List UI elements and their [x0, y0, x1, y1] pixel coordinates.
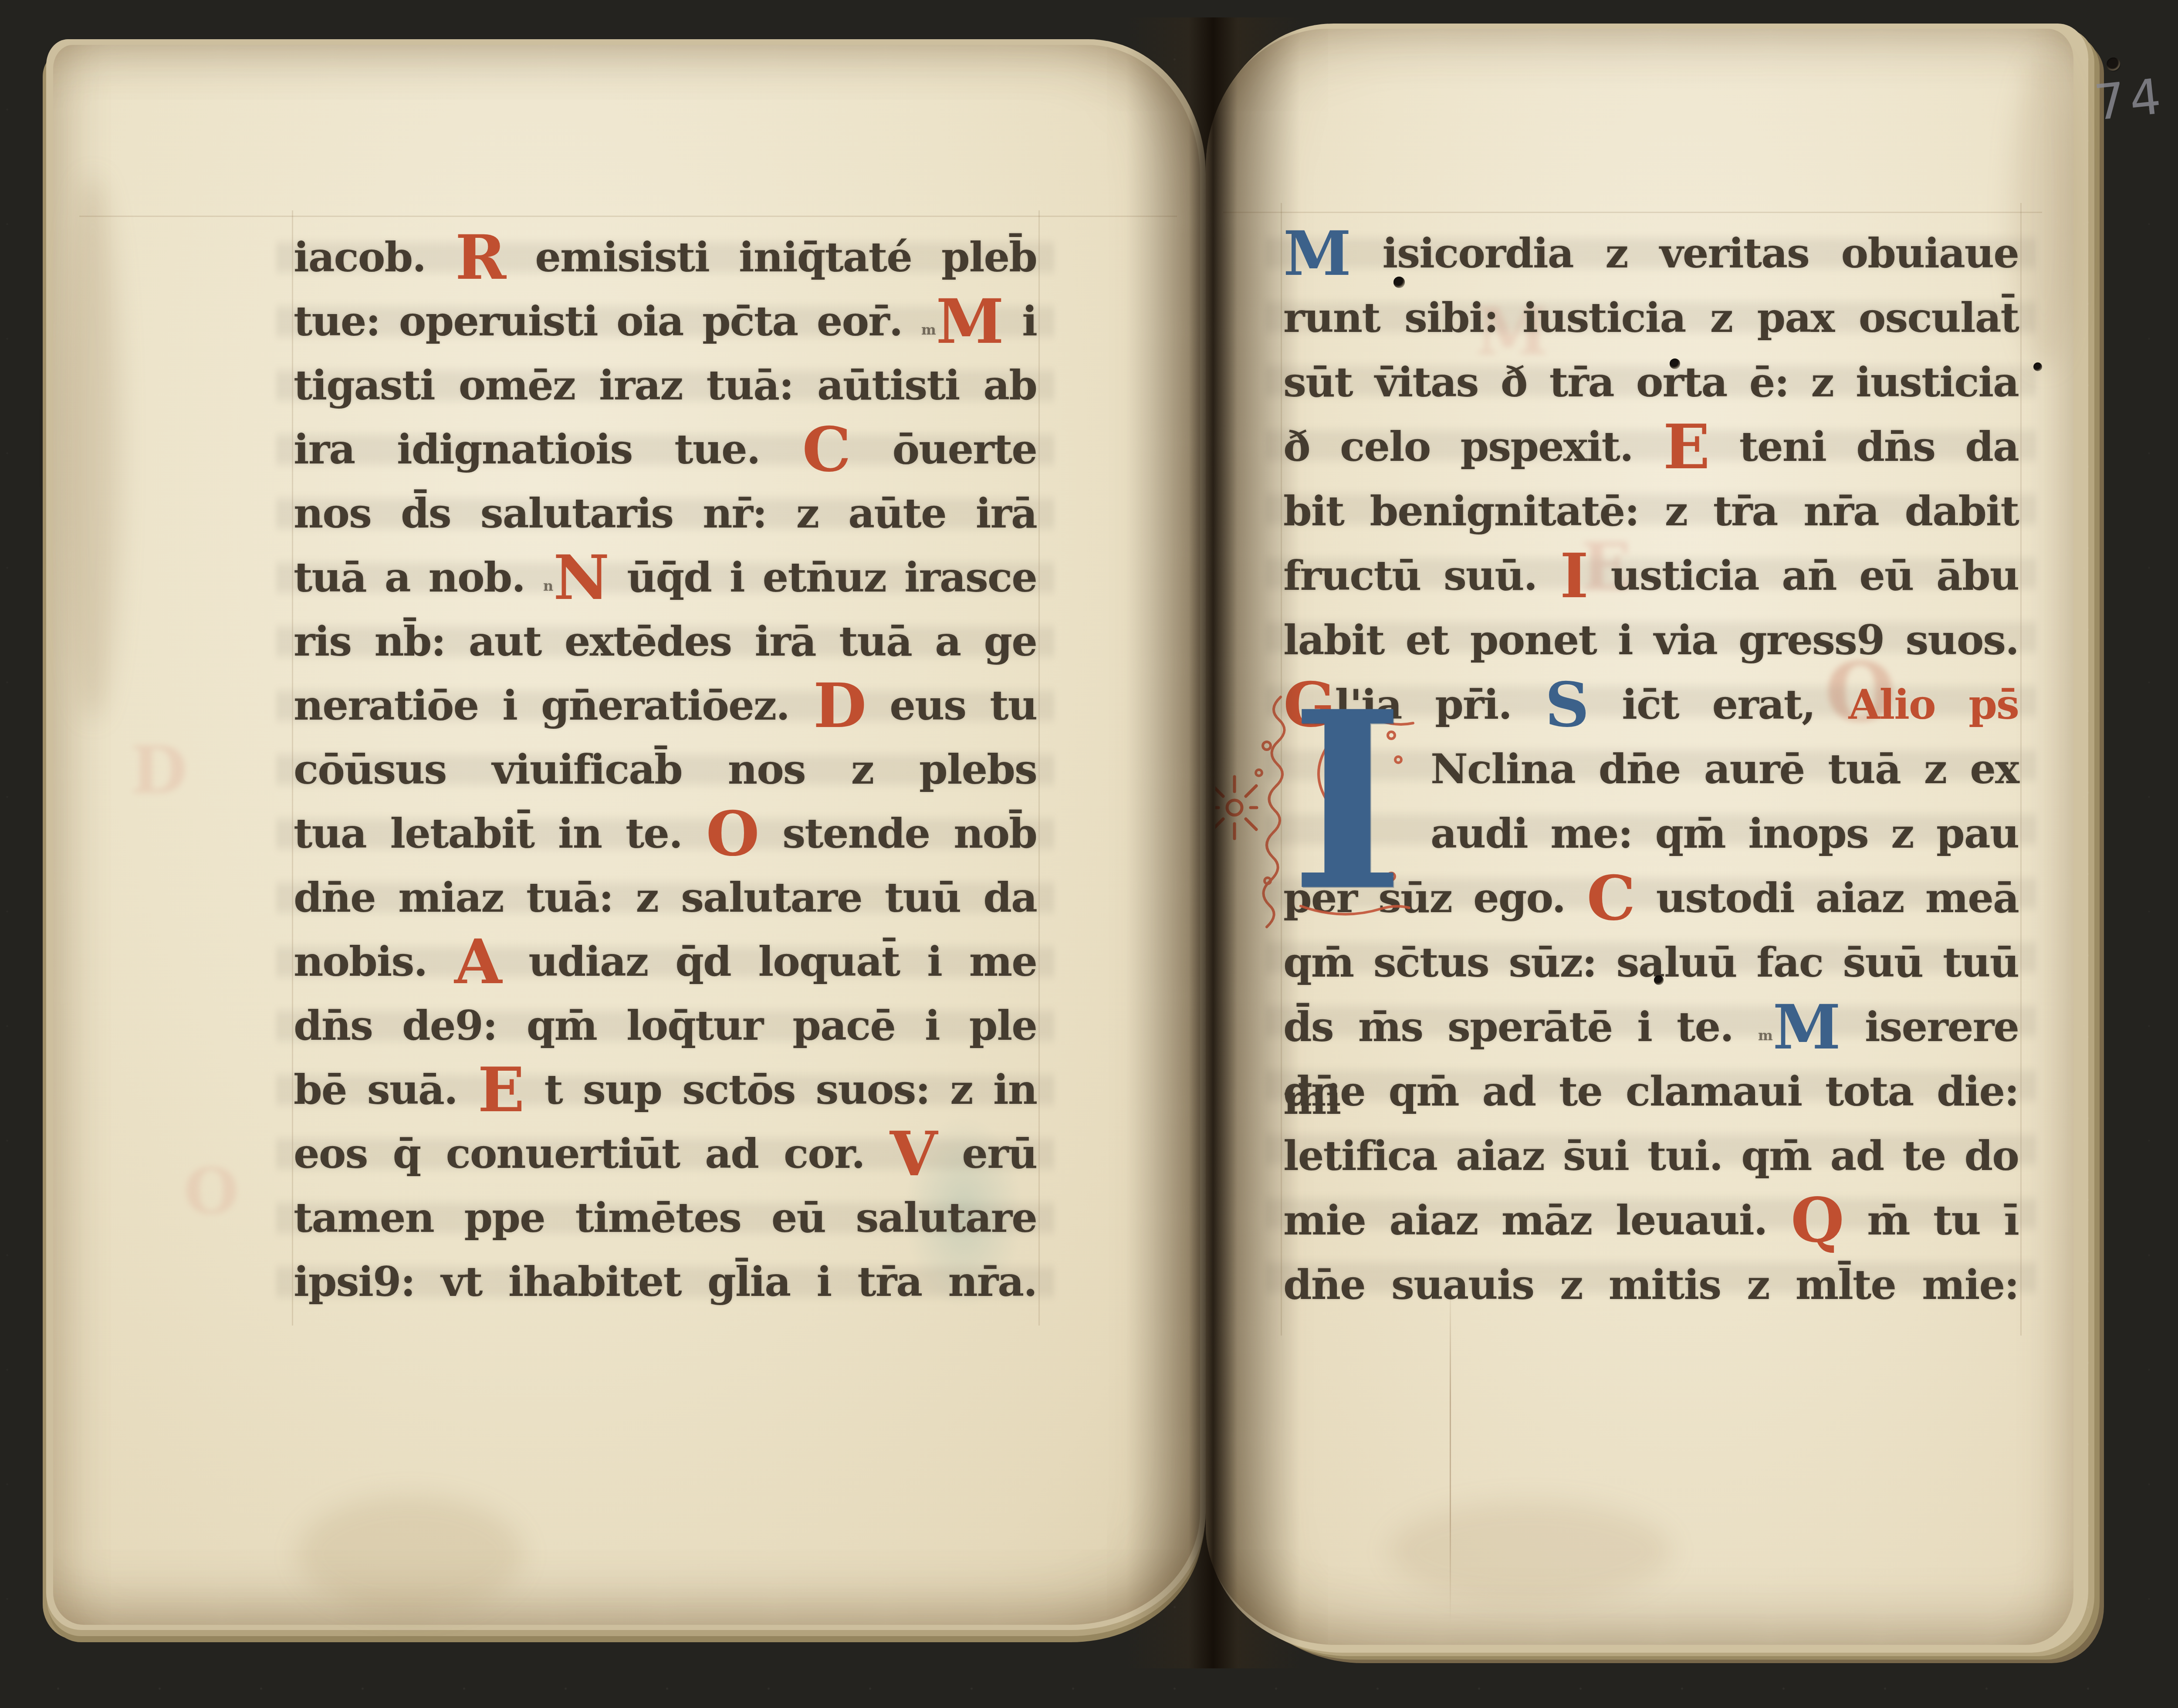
ink-text: isicordia z veritas obuiaue	[1350, 230, 2019, 277]
cue-letter: n	[543, 578, 553, 594]
text-line: mie aiaz māz leuaui. Q m̄ tu ī	[1283, 1188, 2019, 1253]
ink-text: ōuerte	[850, 426, 1037, 474]
left-page: DO iacob. R emisisti iniq̄taté pleb̄tue:…	[53, 45, 1200, 1625]
blue-initial: M	[1283, 218, 1350, 290]
showthrough-ghost: O	[184, 1160, 239, 1223]
ink-text: bē suā.	[294, 1066, 478, 1114]
ink-text: bit benignitatē: z tr̄a nr̄a dabit	[1283, 487, 2019, 535]
ink-text: nos d̄s salutaris nr̄: z aūte irā	[294, 490, 1037, 538]
ink-text: dn̄e suauis z mitis z ml̄te mie:	[1283, 1261, 2019, 1309]
ink-text: t sup sctōs suos: z in	[524, 1066, 1037, 1114]
cue-letter: m	[921, 321, 936, 338]
wormhole	[2107, 57, 2121, 71]
ink-text: stende nob̄	[759, 810, 1037, 858]
ruling-line	[1038, 210, 1040, 1326]
ink-text: emisisti iniq̄taté pleb̄	[505, 233, 1037, 281]
ink-text: m̄ tu ī	[1843, 1197, 2019, 1245]
ink-text: d̄s m̄s sperātē i te.	[1283, 1003, 1758, 1051]
blue-initial: S	[1545, 669, 1589, 741]
wormhole	[1654, 975, 1664, 985]
stain	[297, 1495, 524, 1613]
ink-text: eos q̄ conuertiūt ad cor.	[294, 1130, 890, 1178]
folio-number: 74	[2092, 68, 2168, 132]
text-line: M isicordia z veritas obuiaue	[1283, 221, 2019, 286]
ink-text: cōūsus viuificab̄ nos z plebs	[294, 746, 1037, 794]
text-line: tua letabit̄ in te. O stende nob̄	[294, 802, 1037, 866]
ink-text: erū	[937, 1130, 1037, 1178]
text-line: fructū suū. I usticia an̄ eū ābu	[1283, 544, 2019, 608]
red-initial: C	[1586, 862, 1634, 934]
red-initial: I	[1560, 540, 1588, 612]
ruling-line	[2020, 203, 2022, 1336]
text-line: sūt v̄itas ð tr̄a orta ē: z iusticia	[1283, 350, 2019, 415]
text-line: tamen ppe timētes eū salutare	[294, 1186, 1037, 1250]
showthrough-ghost: D	[131, 737, 187, 803]
text-line: neratiōe i gn̄eratiōez. D eus tu	[294, 674, 1037, 738]
text-line: d̄s m̄s sperātē i te. mM iserere m̄i	[1283, 995, 2019, 1059]
ink-text: qm̄ sc̄tus sūz: saluū fac s̄uū tuū	[1283, 939, 2019, 987]
ink-text: ic̄t erat,	[1589, 681, 1849, 729]
ink-text: fructū suū.	[1283, 552, 1560, 600]
ink-text: Nclina dn̄e aurē tuā z ex	[1431, 745, 2019, 793]
text-line: eos q̄ conuertiūt ad cor. V erū	[294, 1122, 1037, 1186]
ink-text: labit et ponet i via gress9 suos.	[1283, 616, 2019, 664]
ink-text: dn̄e miaz tuā: z salutare tuū da	[294, 874, 1037, 922]
red-initial: C	[802, 414, 850, 486]
blue-initial: M	[1773, 991, 1840, 1063]
red-initial: E	[1663, 411, 1709, 483]
text-line: dn̄e qm̄ ad te clamaui tota die:	[1283, 1059, 2019, 1124]
stain	[1389, 1501, 1672, 1601]
text-line: ris nb̄: aut extēdes irā tuā a ge	[294, 610, 1037, 674]
wormhole	[1670, 359, 1680, 369]
text-line: nos d̄s salutaris nr̄: z aūte irā	[294, 482, 1037, 546]
ink-text: usticia an̄ eū ābu	[1588, 552, 2019, 600]
ink-text: ūq̄d i etn̄uz irasce	[609, 554, 1037, 602]
ink-text: ira idignatiois tue.	[294, 426, 802, 474]
red-initial: N	[553, 542, 609, 614]
text-line: cōūsus viuificab̄ nos z plebs	[294, 738, 1037, 802]
text-line: dn̄s de9: qm̄ loq̄tur pacē i ple	[294, 994, 1037, 1058]
stain	[64, 176, 121, 720]
ink-text: teni dn̄s da	[1709, 423, 2019, 471]
ink-text: letifica aiaz s̄ui tui. qm̄ ad te do	[1283, 1132, 2019, 1180]
ruling-line	[79, 216, 1177, 217]
ink-text: neratiōe i gn̄eratiōez.	[294, 682, 813, 730]
right-page: OEM M isicordia z veritas obuiauerunt si…	[1206, 29, 2073, 1645]
red-initial: M	[936, 286, 1003, 358]
ink-text: i	[1003, 298, 1037, 345]
ink-text: tamen ppe timētes eū salutare	[294, 1194, 1037, 1242]
cue-letter: m	[1758, 1027, 1773, 1044]
text-line: nobis. A udiaz q̄d loquat̄ i me	[294, 930, 1037, 994]
ink-text: tigasti omēz iraz tuā: aūtisti ab	[294, 362, 1037, 409]
ink-text: audi me: qm̄ inops z pau	[1431, 810, 2019, 858]
text-line: tue: operuisti oia pc̄ta eor̄. mM i	[294, 290, 1037, 354]
ink-text: sūt v̄itas ð tr̄a orta ē: z iusticia	[1283, 359, 2019, 406]
parchment-crease	[1450, 1275, 1451, 1623]
ink-text: tue: operuisti oia pc̄ta eor̄.	[294, 298, 921, 345]
red-initial: R	[455, 222, 505, 294]
manuscript-photo: DO iacob. R emisisti iniq̄taté pleb̄tue:…	[0, 0, 2178, 1708]
ink-text: ð celo pspexit.	[1283, 423, 1663, 471]
illuminated-initial-I: I	[1253, 707, 1401, 920]
text-line: dn̄e miaz tuā: z salutare tuū da	[294, 866, 1037, 930]
ink-text: eus tu	[866, 682, 1037, 730]
ink-text: udiaz q̄d loquat̄ i me	[501, 938, 1037, 986]
text-line: bē suā. E t sup sctōs suos: z in	[294, 1058, 1037, 1122]
red-initial: Q	[1791, 1185, 1843, 1257]
wormhole	[1393, 277, 1405, 288]
text-line: tuā a nob. nN ūq̄d i etn̄uz irasce	[294, 546, 1037, 610]
ruling-line	[292, 210, 293, 1326]
text-line: letifica aiaz s̄ui tui. qm̄ ad te do	[1283, 1124, 2019, 1188]
ink-text: dn̄e qm̄ ad te clamaui tota die:	[1283, 1068, 2019, 1116]
text-line: dn̄e suauis z mitis z ml̄te mie:	[1283, 1253, 2019, 1317]
ruling-line	[1223, 212, 2042, 213]
red-initial: D	[813, 670, 866, 742]
text-line: tigasti omēz iraz tuā: aūtisti ab	[294, 354, 1037, 418]
left-text-block: iacob. R emisisti iniq̄taté pleb̄tue: op…	[294, 226, 1037, 1314]
red-initial: E	[478, 1054, 524, 1126]
text-line: ipsi9: vt ihabitet gl̄ia i tr̄a nr̄a.	[294, 1250, 1037, 1314]
red-rubric: Alio ps̄	[1849, 681, 2019, 729]
initial-letter: I	[1290, 680, 1404, 923]
text-line: bit benignitatē: z tr̄a nr̄a dabit	[1283, 479, 2019, 544]
ink-text: tua letabit̄ in te.	[294, 810, 706, 858]
ink-text: iacob.	[294, 233, 455, 281]
text-line: iacob. R emisisti iniq̄taté pleb̄	[294, 226, 1037, 290]
ink-text: tuā a nob.	[294, 554, 543, 602]
red-initial: A	[454, 926, 501, 998]
ink-text: mie aiaz māz leuaui.	[1283, 1197, 1791, 1245]
ink-text: ris nb̄: aut extēdes irā tuā a ge	[294, 618, 1037, 666]
red-initial: V	[890, 1118, 937, 1190]
text-line: runt sibi: iusticia z pax osculat̄	[1283, 286, 2019, 350]
ink-text: dn̄s de9: qm̄ loq̄tur pacē i ple	[294, 1002, 1037, 1050]
ink-text: ipsi9: vt ihabitet gl̄ia i tr̄a nr̄a.	[294, 1258, 1037, 1306]
ink-text: nobis.	[294, 938, 454, 986]
ink-text: ustodi aiaz meā	[1635, 874, 2019, 922]
ink-text: runt sibi: iusticia z pax osculat̄	[1283, 294, 2019, 342]
red-initial: O	[706, 798, 759, 870]
text-line: ira idignatiois tue. C ōuerte	[294, 418, 1037, 482]
text-line: ð celo pspexit. E teni dn̄s da	[1283, 415, 2019, 479]
wormhole	[2033, 362, 2042, 371]
